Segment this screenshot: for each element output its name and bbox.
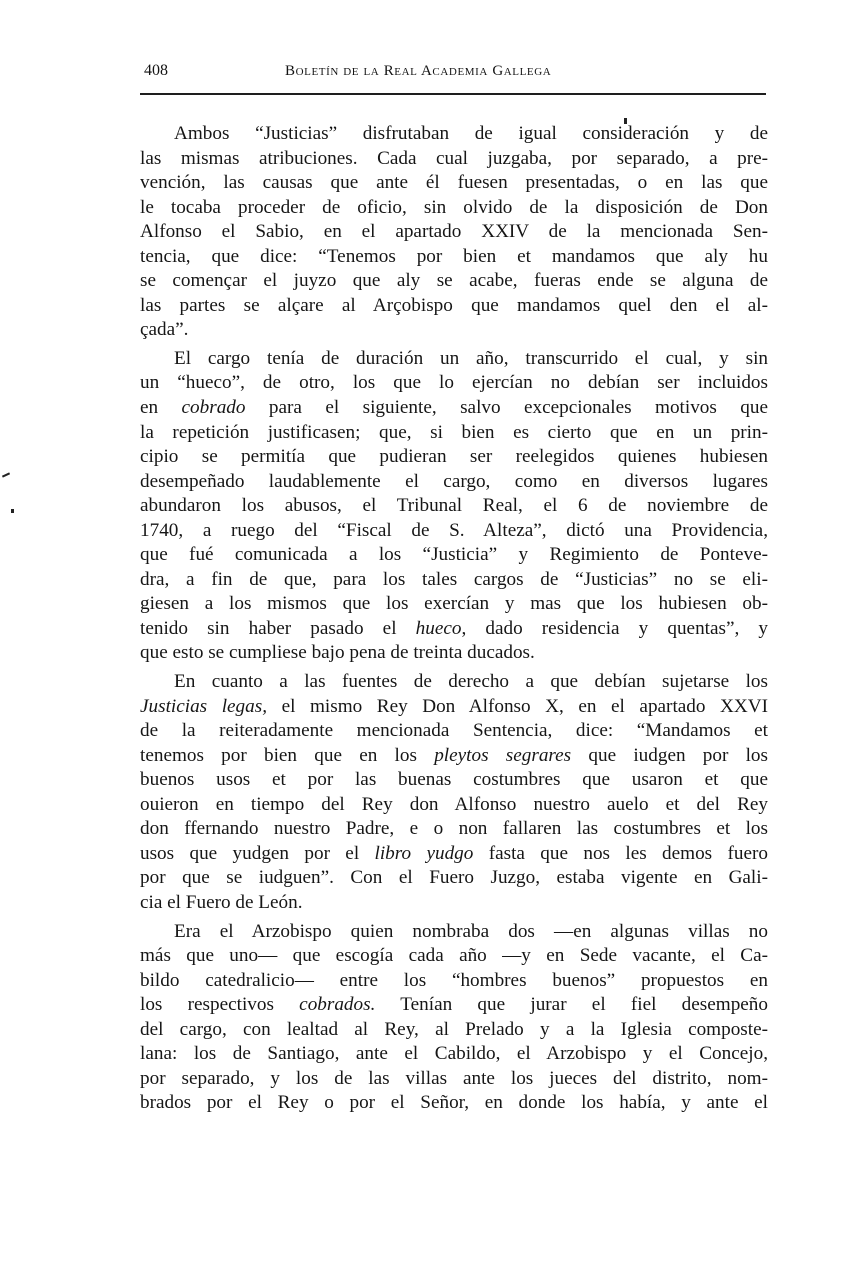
text-line: le tocaba proceder de oficio, sin olvido…: [140, 196, 768, 221]
paragraph: El cargo tenía de duración un año, trans…: [140, 347, 768, 666]
text-line: bildo catedralicio— entre los “hombres b…: [140, 969, 768, 994]
body-text: Ambos “Justicias” disfrutaban de igual c…: [140, 122, 768, 1116]
text-line: se començar el juyzo que aly se acabe, f…: [140, 269, 768, 294]
scan-speck: [2, 472, 10, 477]
running-title: Boletín de la Real Academia Gallega: [285, 63, 551, 80]
text-line: abundaron los abusos, el Tribunal Real, …: [140, 494, 768, 519]
scan-speck: [624, 118, 627, 124]
text-line: tenido sin haber pasado el hueco, dado r…: [140, 617, 768, 642]
italic-term: Justicias legas,: [140, 696, 267, 717]
page-header: 408 Boletín de la Real Academia Gallega: [140, 62, 766, 84]
text-line: los respectivos cobrados. Tenían que jur…: [140, 993, 768, 1018]
text-line: por que se iudguen”. Con el Fuero Juzgo,…: [140, 866, 768, 891]
text-line: En cuanto a las fuentes de derecho a que…: [140, 670, 768, 695]
text-line: giesen a los mismos que los exercían y m…: [140, 592, 768, 617]
text-line: que fué comunicada a los “Justicia” y Re…: [140, 543, 768, 568]
text-line: brados por el Rey o por el Señor, en don…: [140, 1091, 768, 1116]
italic-term: pleytos segrares: [434, 745, 571, 766]
text-line: por separado, y los de las villas ante l…: [140, 1067, 768, 1092]
page-number: 408: [144, 62, 168, 80]
text-line: del cargo, con lealtad al Rey, al Prelad…: [140, 1018, 768, 1043]
italic-term: cobrado: [182, 397, 246, 418]
paragraph: Era el Arzobispo quien nombraba dos —en …: [140, 920, 768, 1116]
text-line: la repetición justificasen; que, si bien…: [140, 421, 768, 446]
paragraph: En cuanto a las fuentes de derecho a que…: [140, 670, 768, 915]
text-line: tenemos por bien que en los pleytos segr…: [140, 744, 768, 769]
paragraph: Ambos “Justicias” disfrutaban de igual c…: [140, 122, 768, 343]
italic-term: cobrados.: [299, 994, 375, 1015]
text-line: don ffernando nuestro Padre, e o non fal…: [140, 817, 768, 842]
text-line: cipio se permitía que pudieran ser reele…: [140, 445, 768, 470]
text-line: usos que yudgen por el libro yudgo fasta…: [140, 842, 768, 867]
scan-speck: [11, 509, 14, 513]
text-line: Ambos “Justicias” disfrutaban de igual c…: [140, 122, 768, 147]
text-line: vención, las causas que ante él fuesen p…: [140, 171, 768, 196]
text-line: desempeñado laudablemente el cargo, como…: [140, 470, 768, 495]
text-line: ouieron en tiempo del Rey don Alfonso nu…: [140, 793, 768, 818]
text-line: un “hueco”, de otro, los que lo ejercían…: [140, 371, 768, 396]
text-line: Alfonso el Sabio, en el apartado XXIV de…: [140, 220, 768, 245]
text-line: tencia, que dice: “Tenemos por bien et m…: [140, 245, 768, 270]
text-line: dra, a fin de que, para los tales cargos…: [140, 568, 768, 593]
text-line: de la reiteradamente mencionada Sentenci…: [140, 719, 768, 744]
text-line: Era el Arzobispo quien nombraba dos —en …: [140, 920, 768, 945]
text-line: cia el Fuero de León.: [140, 891, 768, 916]
header-rule: [140, 93, 766, 95]
text-line: más que uno— que escogía cada año —y en …: [140, 944, 768, 969]
scanned-page: 408 Boletín de la Real Academia Gallega …: [0, 0, 850, 1274]
text-line: Justicias legas, el mismo Rey Don Alfons…: [140, 695, 768, 720]
text-line: lana: los de Santiago, ante el Cabildo, …: [140, 1042, 768, 1067]
text-line: que esto se cumpliese bajo pena de trein…: [140, 641, 768, 666]
italic-term: hueco: [416, 618, 462, 639]
text-line: 1740, a ruego del “Fiscal de S. Alteza”,…: [140, 519, 768, 544]
text-line: las mismas atribuciones. Cada cual juzga…: [140, 147, 768, 172]
text-line: las partes se alçare al Arçobispo que ma…: [140, 294, 768, 319]
text-line: El cargo tenía de duración un año, trans…: [140, 347, 768, 372]
text-line: çada”.: [140, 318, 768, 343]
text-line: en cobrado para el siguiente, salvo exce…: [140, 396, 768, 421]
italic-term: libro yudgo: [375, 843, 474, 864]
text-line: buenos usos et por las buenas costumbres…: [140, 768, 768, 793]
